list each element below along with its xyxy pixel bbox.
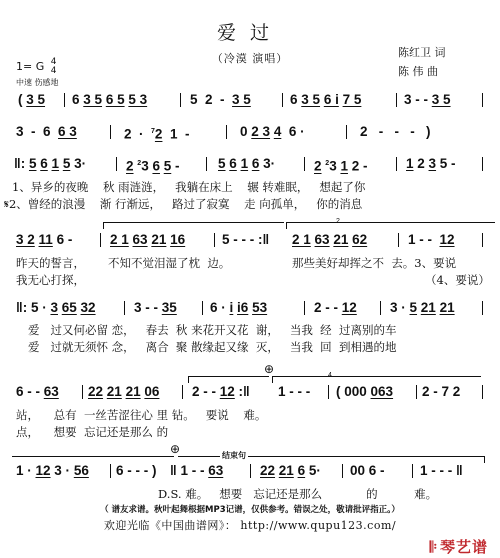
barline	[80, 384, 85, 400]
ending-number-2: 2	[336, 218, 340, 225]
tempo-marking: 中速 伤感地	[16, 77, 59, 88]
barline	[480, 156, 485, 172]
barline	[114, 156, 119, 172]
lyrics-verse1: 站， 总有 一丝苦涩往心 里 钻。 要说 难。	[16, 407, 266, 423]
measure: 6 - - - )	[116, 463, 157, 479]
measure: ‖: 5 · 3 65 32	[16, 300, 96, 316]
barline	[108, 124, 113, 140]
measure: 0 2 3 4 6 ·	[240, 124, 305, 140]
lyrics-verse1: 不知不觉泪湿了枕 边。	[108, 255, 230, 271]
lyrics-verse1: 那些美好却挥之不 去。3、要说	[292, 255, 456, 271]
barline	[396, 232, 401, 248]
measure: 6 - - 63	[16, 384, 59, 400]
measure: 22 21 21 06	[88, 384, 159, 400]
measure: ( 000 063	[336, 384, 393, 400]
website-welcome[interactable]: 欢迎光临《中国曲谱网》： http://www.qupu123.com/	[0, 517, 500, 533]
lyricist-credit: 陈红卫 词	[398, 44, 446, 60]
barline	[212, 232, 217, 248]
key-signature: 1= G 4 4	[16, 58, 56, 76]
measure: 3 · 5 21 21	[390, 300, 455, 316]
measure: 2 - - - )	[360, 124, 431, 140]
barline	[180, 384, 185, 400]
measure: 3 2 11 6 -	[16, 232, 72, 248]
measure: 2 1 63 21 16	[110, 232, 185, 248]
measure: 2 23 6 5 -	[126, 156, 180, 175]
ending-phrase-label: 结束句	[220, 450, 248, 461]
barline	[410, 463, 415, 479]
measure: 1 2 3 5 -	[406, 156, 456, 172]
measure: 2 · 72 1 -	[124, 124, 189, 143]
barline	[326, 384, 331, 400]
composer-credit: 陈 伟 曲	[398, 63, 438, 79]
score-row-2: 3 - 6 6 3 2 · 72 1 - 0 2 3 4 6 · 2 - - -…	[0, 124, 500, 140]
measure: ‖ 1 - - 63	[170, 463, 223, 479]
barline	[394, 92, 399, 108]
barline	[248, 463, 253, 479]
measure: 2 - - 12	[314, 300, 357, 316]
measure: 1 - - -	[278, 384, 310, 400]
measure: 3 - - 35	[134, 300, 177, 316]
lyrics-verse1: 昨天的誓言，	[16, 255, 85, 271]
lyrics-verse1: 爱 过又何必留 恋， 春去 秋 来花开又花 谢， 当我 经 过离别的车	[28, 322, 396, 338]
lyrics-verse2: 𝄋2、曾经的浪漫 渐 行渐远， 路过了寂寞 走 向孤单， 你的消息	[4, 196, 362, 212]
measure: 5 - - - :‖	[222, 232, 269, 248]
barline	[378, 300, 383, 316]
barline	[224, 124, 229, 140]
measure: 5 2 - 3 5	[190, 92, 251, 108]
barline	[108, 463, 113, 479]
barline	[480, 300, 485, 316]
barline	[280, 92, 285, 108]
barline	[414, 384, 419, 400]
measure: 1 - - - ‖	[420, 463, 463, 479]
barline	[302, 156, 307, 172]
lyrics-verse2: 爱 过就无须怀 念， 离合 聚 散缘起又缘 灭， 当我 回 到相遇的地	[28, 339, 396, 355]
song-title: 爱过	[0, 18, 500, 45]
logo-icon: 𝄆	[430, 538, 438, 556]
measure: 1 - - 12	[408, 232, 455, 248]
measure: 2 - - 12 :‖	[192, 384, 250, 400]
transcription-note: （ 谱友求谱。秋叶起舞根据MP3记谱，仅供参考。错误之处，敬请批评指正。）	[0, 503, 500, 515]
ending-bracket-3	[188, 376, 269, 383]
barline	[204, 156, 209, 172]
score-row-7: 1 · 12 3 · 56 6 - - - ) ‖ 1 - - 63 22 21…	[0, 463, 500, 479]
lyrics-verse2: 我无心打探，	[16, 272, 85, 288]
barline	[344, 124, 349, 140]
score-row-3: ‖: 5 6 1 5 3· 2 23 6 5 - 5 6 1 6 3· 2 23…	[0, 156, 500, 172]
barline	[340, 463, 345, 479]
measure: 1 · 12 3 · 56	[16, 463, 89, 479]
phrase-line	[12, 456, 174, 463]
lyrics-verse1: 1、异乡的夜晚 秋 雨涟涟， 我躺在床上 辗 转难眠， 想起了你	[12, 179, 365, 195]
barline	[98, 232, 103, 248]
barline	[302, 300, 307, 316]
measure: 2 - 7 2	[422, 384, 460, 400]
key-label: 1= G	[16, 60, 44, 73]
measure: ( 3 5	[18, 92, 45, 108]
barline	[480, 92, 485, 108]
barline	[200, 300, 205, 316]
measure: 2 23 1 2 -	[314, 156, 367, 175]
coda-icon: ⊕	[170, 442, 180, 456]
ending-bracket-1	[103, 222, 284, 229]
barline	[480, 232, 485, 248]
measure: 5 6 1 6 3·	[218, 156, 275, 172]
measure: ‖: 5 6 1 5 3·	[14, 156, 86, 172]
barline	[122, 300, 127, 316]
barline	[62, 92, 67, 108]
ending-bracket-2	[286, 222, 495, 229]
barline	[178, 92, 183, 108]
score-row-5: ‖: 5 · 3 65 32 3 - - 35 6 · i i6 53 2 - …	[0, 300, 500, 316]
lyrics-verse2: （4、要说）	[425, 272, 490, 288]
score-row-1: ( 3 5 6 3 5 6 5 5 3 5 2 - 3 5 6 3 5 6 i …	[0, 92, 500, 108]
measure: 6 3 5 6 5 5 3	[72, 92, 147, 108]
score-row-6: 6 - - 63 22 21 21 06 2 - - 12 :‖ 1 - - -…	[0, 384, 500, 400]
measure: 6 · i i6 53	[210, 300, 267, 316]
coda-icon: ⊕	[264, 362, 274, 376]
ending-bracket-4	[272, 376, 481, 383]
measure: 6 3 5 6 i 7 5	[290, 92, 361, 108]
measure: 00 6 -	[350, 463, 385, 479]
lyrics-ending: D.S. 难。 想要 忘记还是那么 的 难。	[158, 486, 437, 502]
measure: 3 - 6 6 3	[16, 124, 77, 140]
ending-number-4: 4	[328, 372, 332, 379]
barline	[394, 156, 399, 172]
score-row-4: 3 2 11 6 - 2 1 63 21 16 5 - - - :‖ 2 1 6…	[0, 232, 500, 248]
measure: 3 - - 3 5	[404, 92, 451, 108]
measure: 2 1 63 21 62	[292, 232, 367, 248]
site-logo: 𝄆琴艺谱	[430, 536, 488, 557]
measure: 22 21 6 5·	[260, 463, 321, 479]
lyrics-verse2: 点， 想要 忘记还是那么 的	[16, 424, 168, 440]
barline	[480, 384, 485, 400]
time-signature: 4 4	[51, 58, 57, 76]
